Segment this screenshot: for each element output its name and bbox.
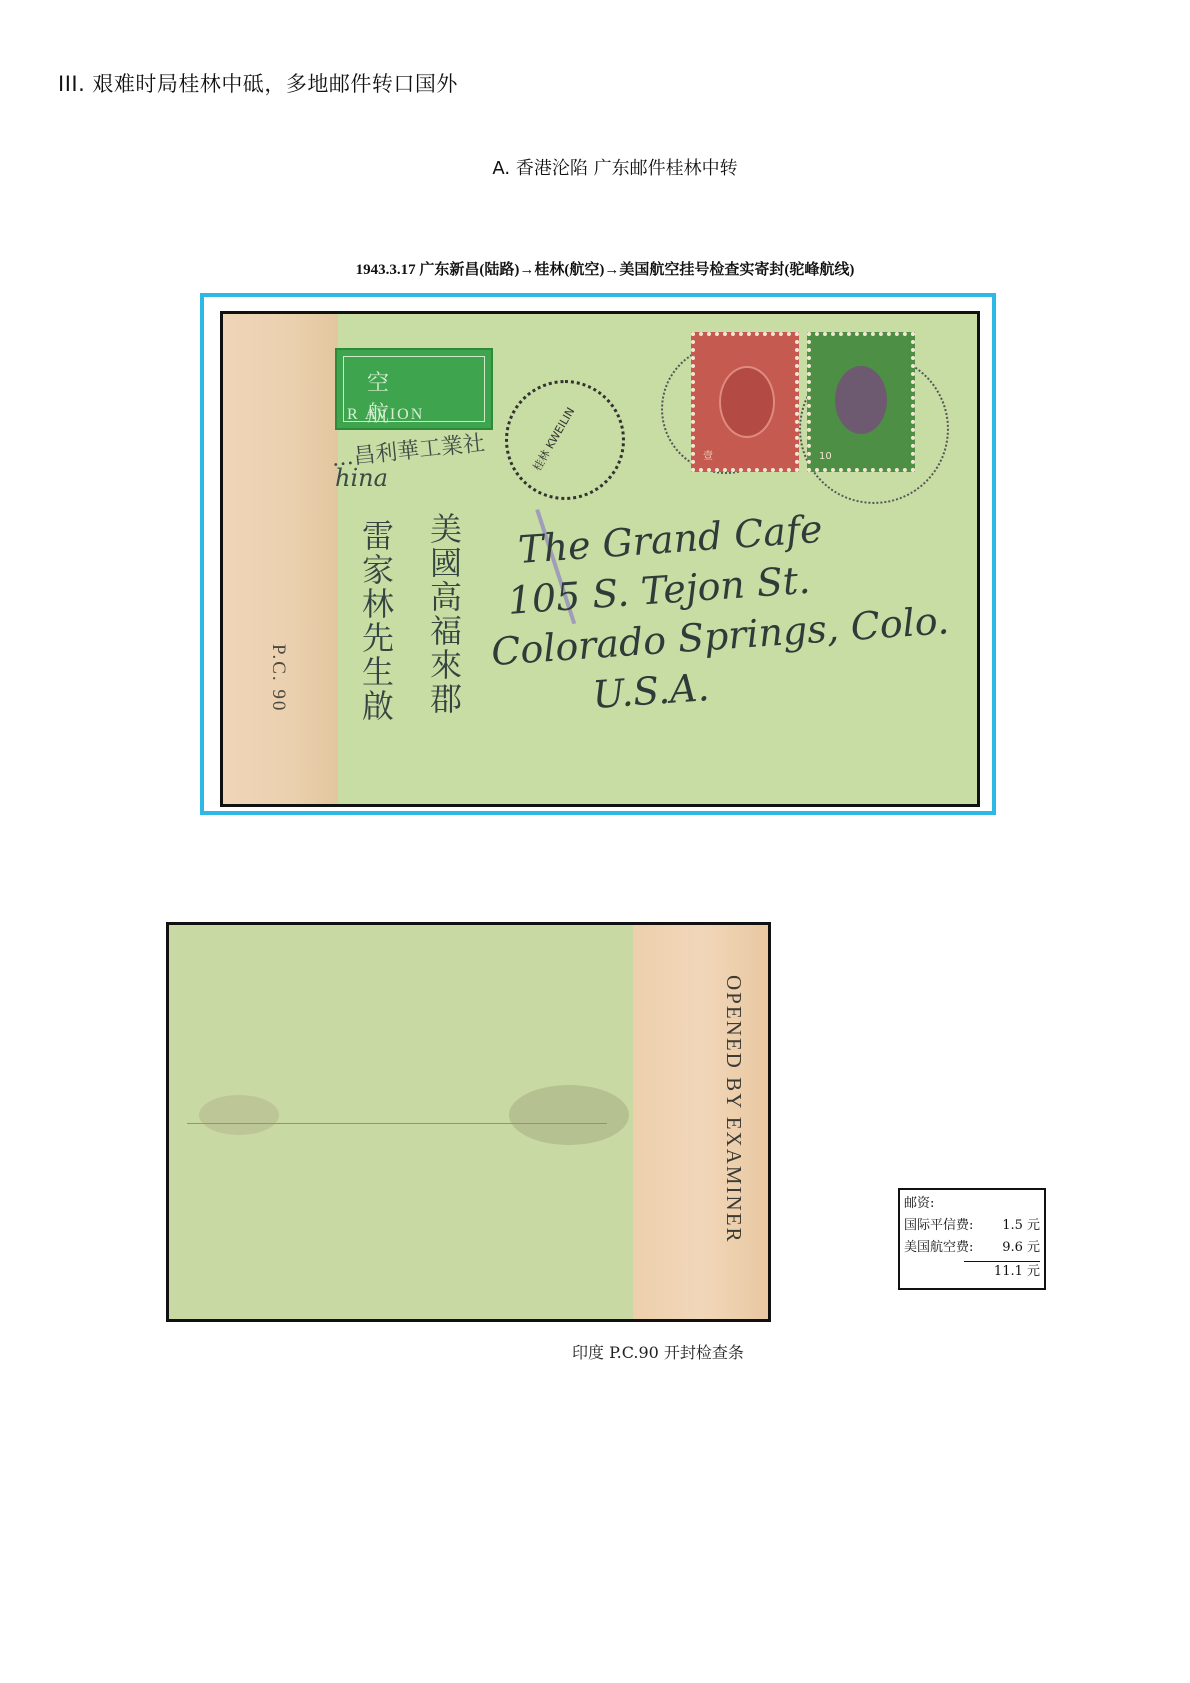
recipient-name-chinese: 雷家林先生啟 <box>353 519 399 723</box>
envelope-front-image: P.C. 90 空 航 R AVION 桂林 KWEILIN 壹 10 …昌利華… <box>220 311 980 807</box>
postage-row: 美国航空费: 9.6 元 <box>904 1237 1040 1259</box>
envelope-flap-line <box>187 1123 607 1124</box>
postage-value: 9.6 元 <box>1002 1237 1040 1259</box>
stain <box>199 1095 279 1135</box>
envelope-back-image: OPENED BY EXAMINER <box>166 922 771 1322</box>
envelope-front-frame: P.C. 90 空 航 R AVION 桂林 KWEILIN 壹 10 …昌利華… <box>200 293 996 815</box>
kweilin-postmark: 桂林 KWEILIN <box>505 380 625 500</box>
stamp-portrait <box>719 366 775 438</box>
censor-strip-front: P.C. 90 <box>223 314 338 804</box>
postage-total: 11.1 元 <box>904 1262 1040 1282</box>
postage-box: 邮资: 国际平信费: 1.5 元 美国航空费: 9.6 元 11.1 元 <box>898 1188 1046 1290</box>
postage-title: 邮资: <box>904 1193 1040 1215</box>
postage-value: 1.5 元 <box>1002 1215 1040 1237</box>
stamp-denomination: 10 <box>819 451 832 462</box>
opened-by-examiner-text: OPENED BY EXAMINER <box>721 975 746 1244</box>
postage-label: 美国航空费: <box>904 1237 973 1259</box>
censor-strip-label: P.C. 90 <box>267 644 289 712</box>
cover-title: 1943.3.17 广东新昌(陆路)→桂林(航空)→美国航空挂号检查实寄封(驼峰… <box>0 258 1190 279</box>
postage-row: 国际平信费: 1.5 元 <box>904 1215 1040 1237</box>
back-caption: 印度 P.C.90 开封检查条 <box>572 1340 744 1363</box>
stain <box>509 1085 629 1145</box>
subsection-heading: A. 香港沦陷 广东邮件桂林中转 <box>0 154 1190 180</box>
censor-strip-back: OPENED BY EXAMINER <box>633 925 768 1319</box>
cover-description: 广东新昌(陆路)→桂林(航空)→美国航空挂号检查实寄封(驼峰航线) <box>416 262 855 278</box>
recipient-address: The Grand Cafe 105 S. Tejon St. Colorado… <box>517 495 955 724</box>
stamp-red: 壹 <box>691 332 799 472</box>
section-heading: III. 艰难时局桂林中砥，多地邮件转口国外 <box>58 68 458 98</box>
stamp-portrait <box>835 366 887 434</box>
postage-label: 国际平信费: <box>904 1215 973 1237</box>
cover-date: 1943.3.17 <box>356 262 416 278</box>
airmail-label-english: R AVION <box>347 406 424 424</box>
sender-china: hina <box>335 464 388 492</box>
postmark-text: 桂林 KWEILIN <box>529 404 578 473</box>
airmail-label: 空 航 R AVION <box>335 348 493 430</box>
stamp-denomination: 壹 <box>703 447 713 462</box>
stamp-green: 10 <box>807 332 915 472</box>
recipient-destination-chinese: 美國高福來郡 <box>421 512 467 716</box>
